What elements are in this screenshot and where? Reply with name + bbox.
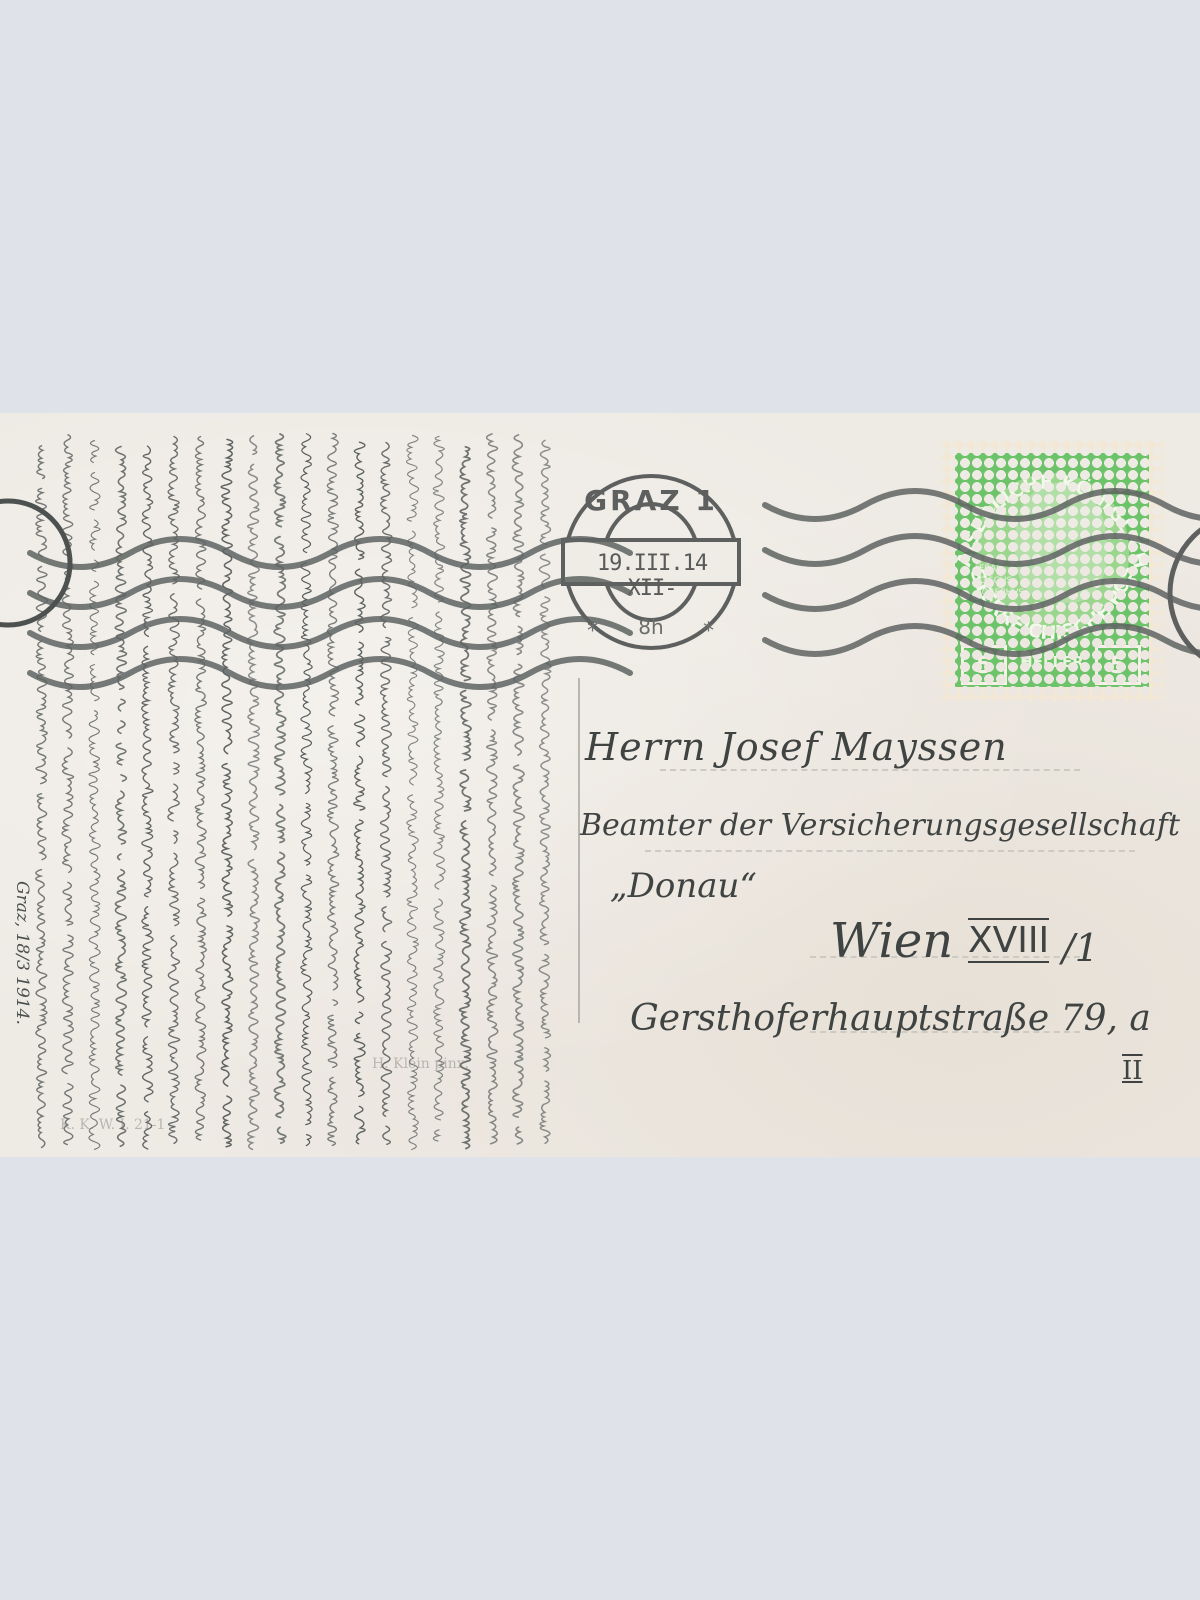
postmark-city: GRAZ 1: [557, 484, 745, 517]
stamp-value-right: 5: [1095, 645, 1141, 685]
recipient-floor: II: [1122, 1056, 1143, 1086]
address-rule: [660, 769, 1080, 771]
stamp-year: 1908: [979, 505, 1007, 518]
address-rule: [645, 850, 1135, 852]
message-date: Graz, 18/3 1914.: [12, 881, 32, 1025]
legend-line: FRAN-: [979, 563, 1024, 575]
recipient-street: Gersthoferhauptstraße 79, a: [630, 998, 1151, 1039]
publisher-credit: K. K. W. I. 21-1: [60, 1117, 165, 1133]
postmark-code: 8h: [557, 615, 745, 639]
recipient-city: Wien: [830, 913, 953, 969]
artist-credit: H. Klein pinx.: [372, 1056, 469, 1072]
stamp-currency: HELLER: [1011, 653, 1093, 671]
legend-line: JOSEPHVS: [979, 587, 1024, 599]
postcard: Graz, 18/3 1914. H. Klein pinx. K. K. W.…: [0, 413, 1200, 1157]
recipient-district-suffix: /1: [1062, 926, 1099, 970]
postmark: * * GRAZ 1 19.III.14 XII- 8h: [557, 468, 745, 656]
recipient-title: Beamter der Versicherungsgesellschaft: [580, 808, 1180, 843]
district-numeral: XVIII: [968, 918, 1049, 963]
recipient-name: Herrn Josef Mayssen: [585, 725, 1008, 769]
stamp-value-left: 5: [961, 645, 1007, 685]
recipient-district: XVIII: [968, 920, 1049, 961]
recipient-company: „Donau“: [610, 866, 757, 906]
stamp-portrait-legend: FRAN- CISCUS JOSEPHVS: [979, 563, 1024, 599]
legend-line: CISCUS: [979, 575, 1024, 587]
handwritten-message: [0, 413, 578, 1157]
postmark-date: 19.III.14 XII-: [577, 551, 727, 601]
postage-stamp: KAISERLICHE KÖNIGLICHE ÖSTERREICHISCHE P…: [941, 439, 1163, 701]
stamp-design: KAISERLICHE KÖNIGLICHE ÖSTERREICHISCHE P…: [955, 453, 1149, 687]
message-address-divider: [578, 678, 580, 1023]
